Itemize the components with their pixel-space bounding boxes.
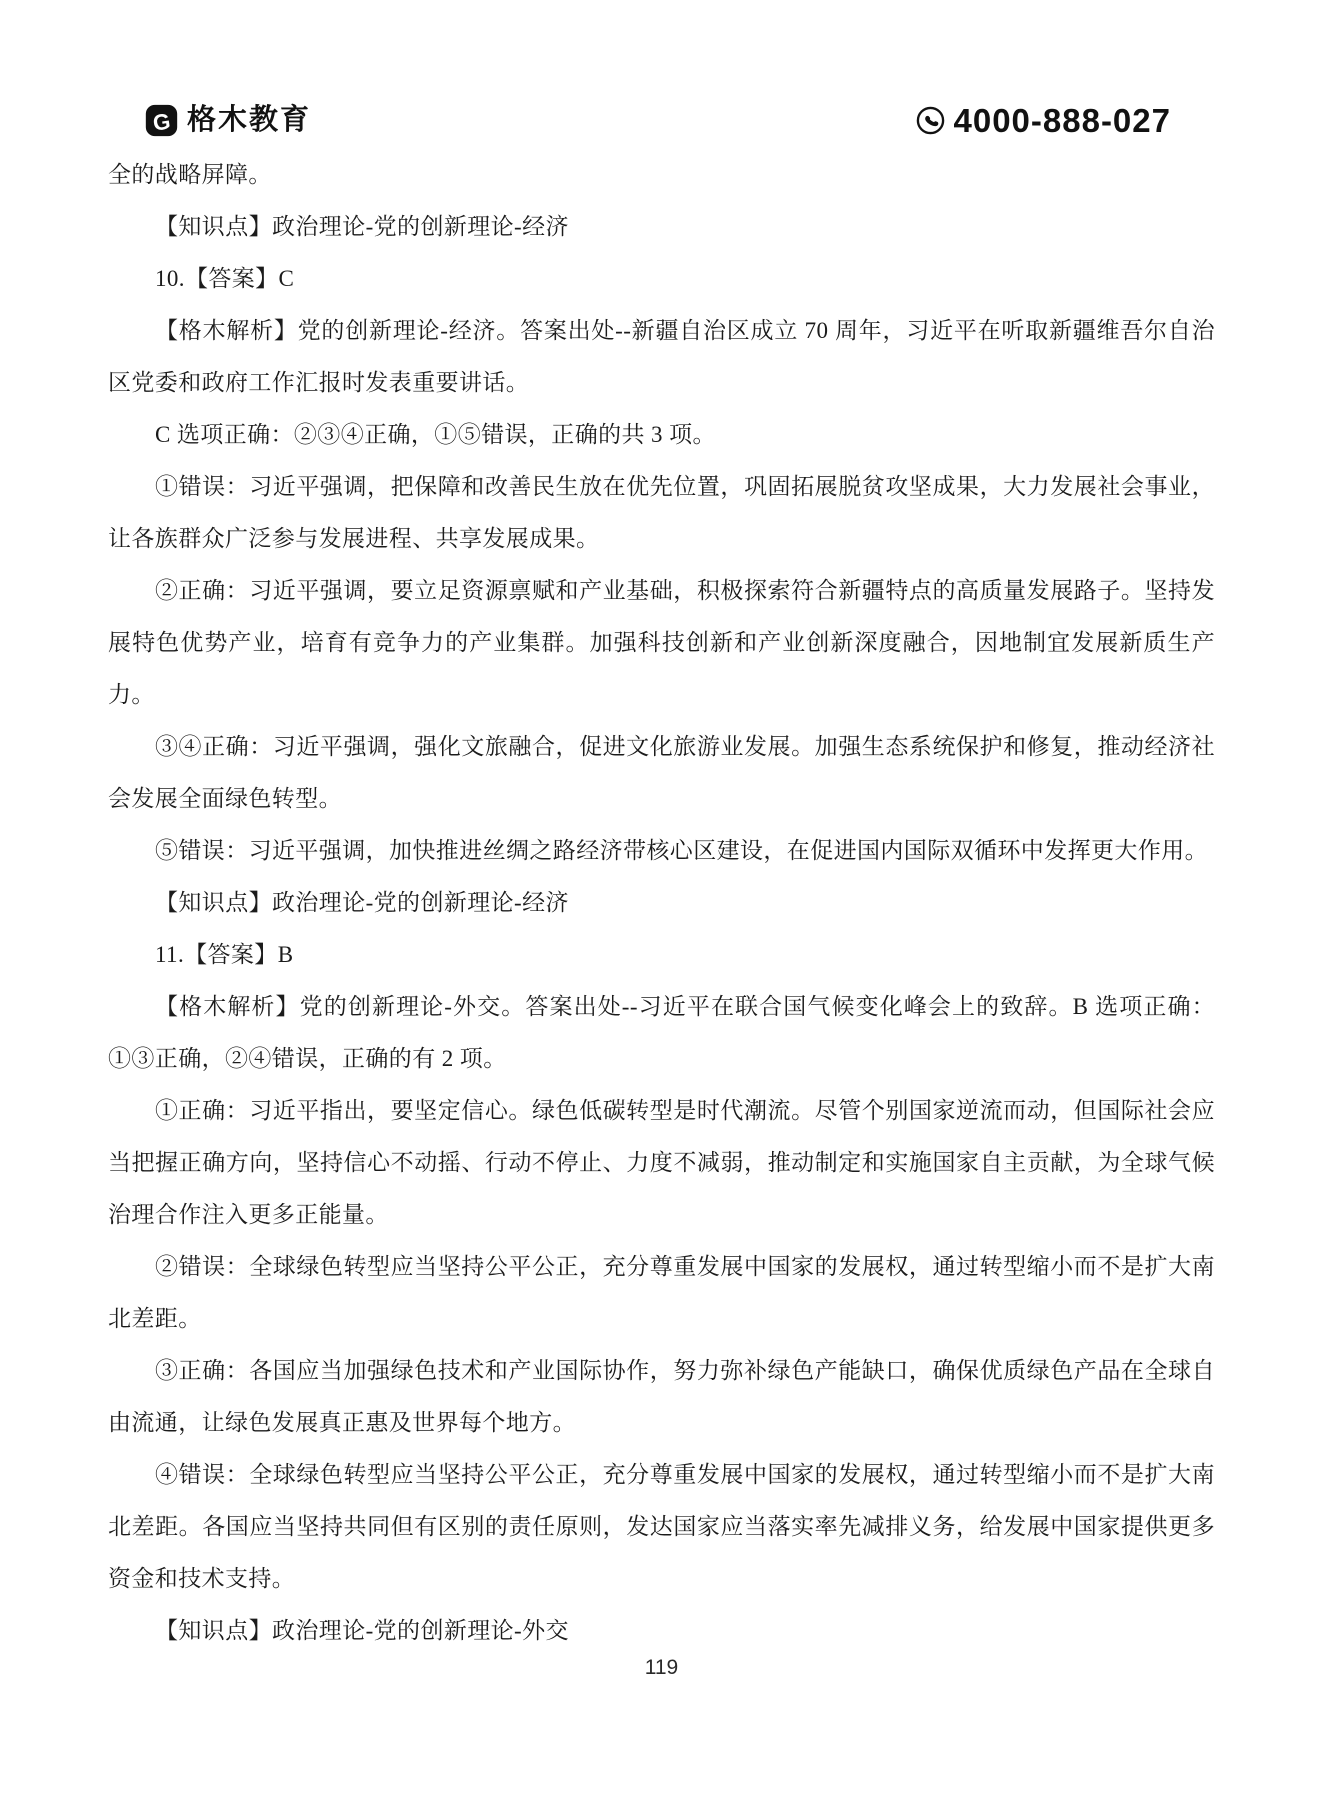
knowledge-point-q11: 【知识点】政治理论-党的创新理论-外交: [108, 1605, 1215, 1657]
analysis-q10: 【格木解析】党的创新理论-经济。答案出处--新疆自治区成立 70 周年，习近平在…: [108, 305, 1215, 409]
phone-number: 4000-888-027: [953, 104, 1171, 137]
item-2-q11: ②错误：全球绿色转型应当坚持公平公正，充分尊重发展中国家的发展权，通过转型缩小而…: [108, 1241, 1215, 1345]
brand: G 格木教育: [145, 104, 311, 137]
paragraph-continuation: 全的战略屏障。: [108, 149, 1215, 201]
answer-q11: 11.【答案】B: [108, 929, 1215, 981]
page-header: G 格木教育 4000-888-027: [145, 100, 1171, 140]
item-2-q10: ②正确：习近平强调，要立足资源禀赋和产业基础，积极探索符合新疆特点的高质量发展路…: [108, 565, 1215, 721]
gemu-logo-icon: G: [145, 104, 178, 137]
item-3-q11: ③正确：各国应当加强绿色技术和产业国际协作，努力弥补绿色产能缺口，确保优质绿色产…: [108, 1345, 1215, 1449]
document-page: G 格木教育 4000-888-027 全的战略屏障。 【知识点】政治理论-党的…: [0, 0, 1323, 1795]
knowledge-point-q10: 【知识点】政治理论-党的创新理论-经济: [108, 877, 1215, 929]
brand-name: 格木教育: [187, 106, 311, 135]
item-4-q11: ④错误：全球绿色转型应当坚持公平公正，充分尊重发展中国家的发展权，通过转型缩小而…: [108, 1449, 1215, 1605]
option-summary-q10: C 选项正确：②③④正确，①⑤错误，正确的共 3 项。: [108, 409, 1215, 461]
svg-text:G: G: [151, 108, 172, 135]
page-footer: 119: [0, 1656, 1323, 1680]
item-5-q10: ⑤错误：习近平强调，加快推进丝绸之路经济带核心区建设，在促进国内国际双循环中发挥…: [108, 825, 1215, 877]
contact-phone: 4000-888-027: [915, 104, 1171, 137]
item-3-4-q10: ③④正确：习近平强调，强化文旅融合，促进文化旅游业发展。加强生态系统保护和修复，…: [108, 721, 1215, 825]
answer-explanations: 全的战略屏障。 【知识点】政治理论-党的创新理论-经济 10.【答案】C 【格木…: [108, 149, 1215, 1657]
phone-icon: [915, 105, 946, 136]
knowledge-point: 【知识点】政治理论-党的创新理论-经济: [108, 201, 1215, 253]
analysis-q11: 【格木解析】党的创新理论-外交。答案出处--习近平在联合国气候变化峰会上的致辞。…: [108, 981, 1215, 1085]
item-1-q10: ①错误：习近平强调，把保障和改善民生放在优先位置，巩固拓展脱贫攻坚成果，大力发展…: [108, 461, 1215, 565]
item-1-q11: ①正确：习近平指出，要坚定信心。绿色低碳转型是时代潮流。尽管个别国家逆流而动，但…: [108, 1085, 1215, 1241]
page-number: 119: [645, 1656, 678, 1679]
answer-q10: 10.【答案】C: [108, 253, 1215, 305]
